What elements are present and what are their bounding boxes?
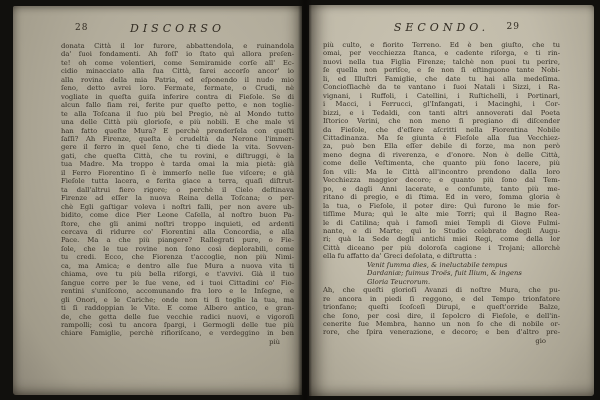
right-body-text-upper: più culto, e fiorito Terreno. Ed è ben g… bbox=[323, 41, 560, 252]
right-running-title: SECONDO. bbox=[323, 21, 560, 34]
right-paragraph-end-line: ella fu affatto da' Greci deſolata, e di… bbox=[323, 252, 560, 260]
left-page: 28 DISCORSO donata Città il lor furore, … bbox=[13, 6, 302, 395]
latin-verse-block: Venit ſumma dies, & ineluctabile tempus … bbox=[323, 261, 560, 286]
right-body-text-lower: Ah, che queſti glorioſi Avanzi di noſtre… bbox=[323, 286, 560, 337]
left-running-title: DISCORSO bbox=[61, 22, 294, 35]
right-page: SECONDO. 29 più culto, e fiorito Terreno… bbox=[309, 5, 594, 396]
right-page-number: 29 bbox=[507, 22, 520, 32]
left-page-number: 28 bbox=[75, 23, 88, 33]
book-photo: 28 DISCORSO donata Città il lor furore, … bbox=[0, 0, 600, 400]
right-page-header: SECONDO. 29 bbox=[323, 21, 560, 36]
left-catchword: più bbox=[61, 338, 294, 346]
left-page-header: 28 DISCORSO bbox=[61, 22, 294, 37]
right-catchword: gio bbox=[323, 337, 560, 345]
left-body-text: donata Città il lor furore, abbattendola… bbox=[61, 42, 294, 338]
